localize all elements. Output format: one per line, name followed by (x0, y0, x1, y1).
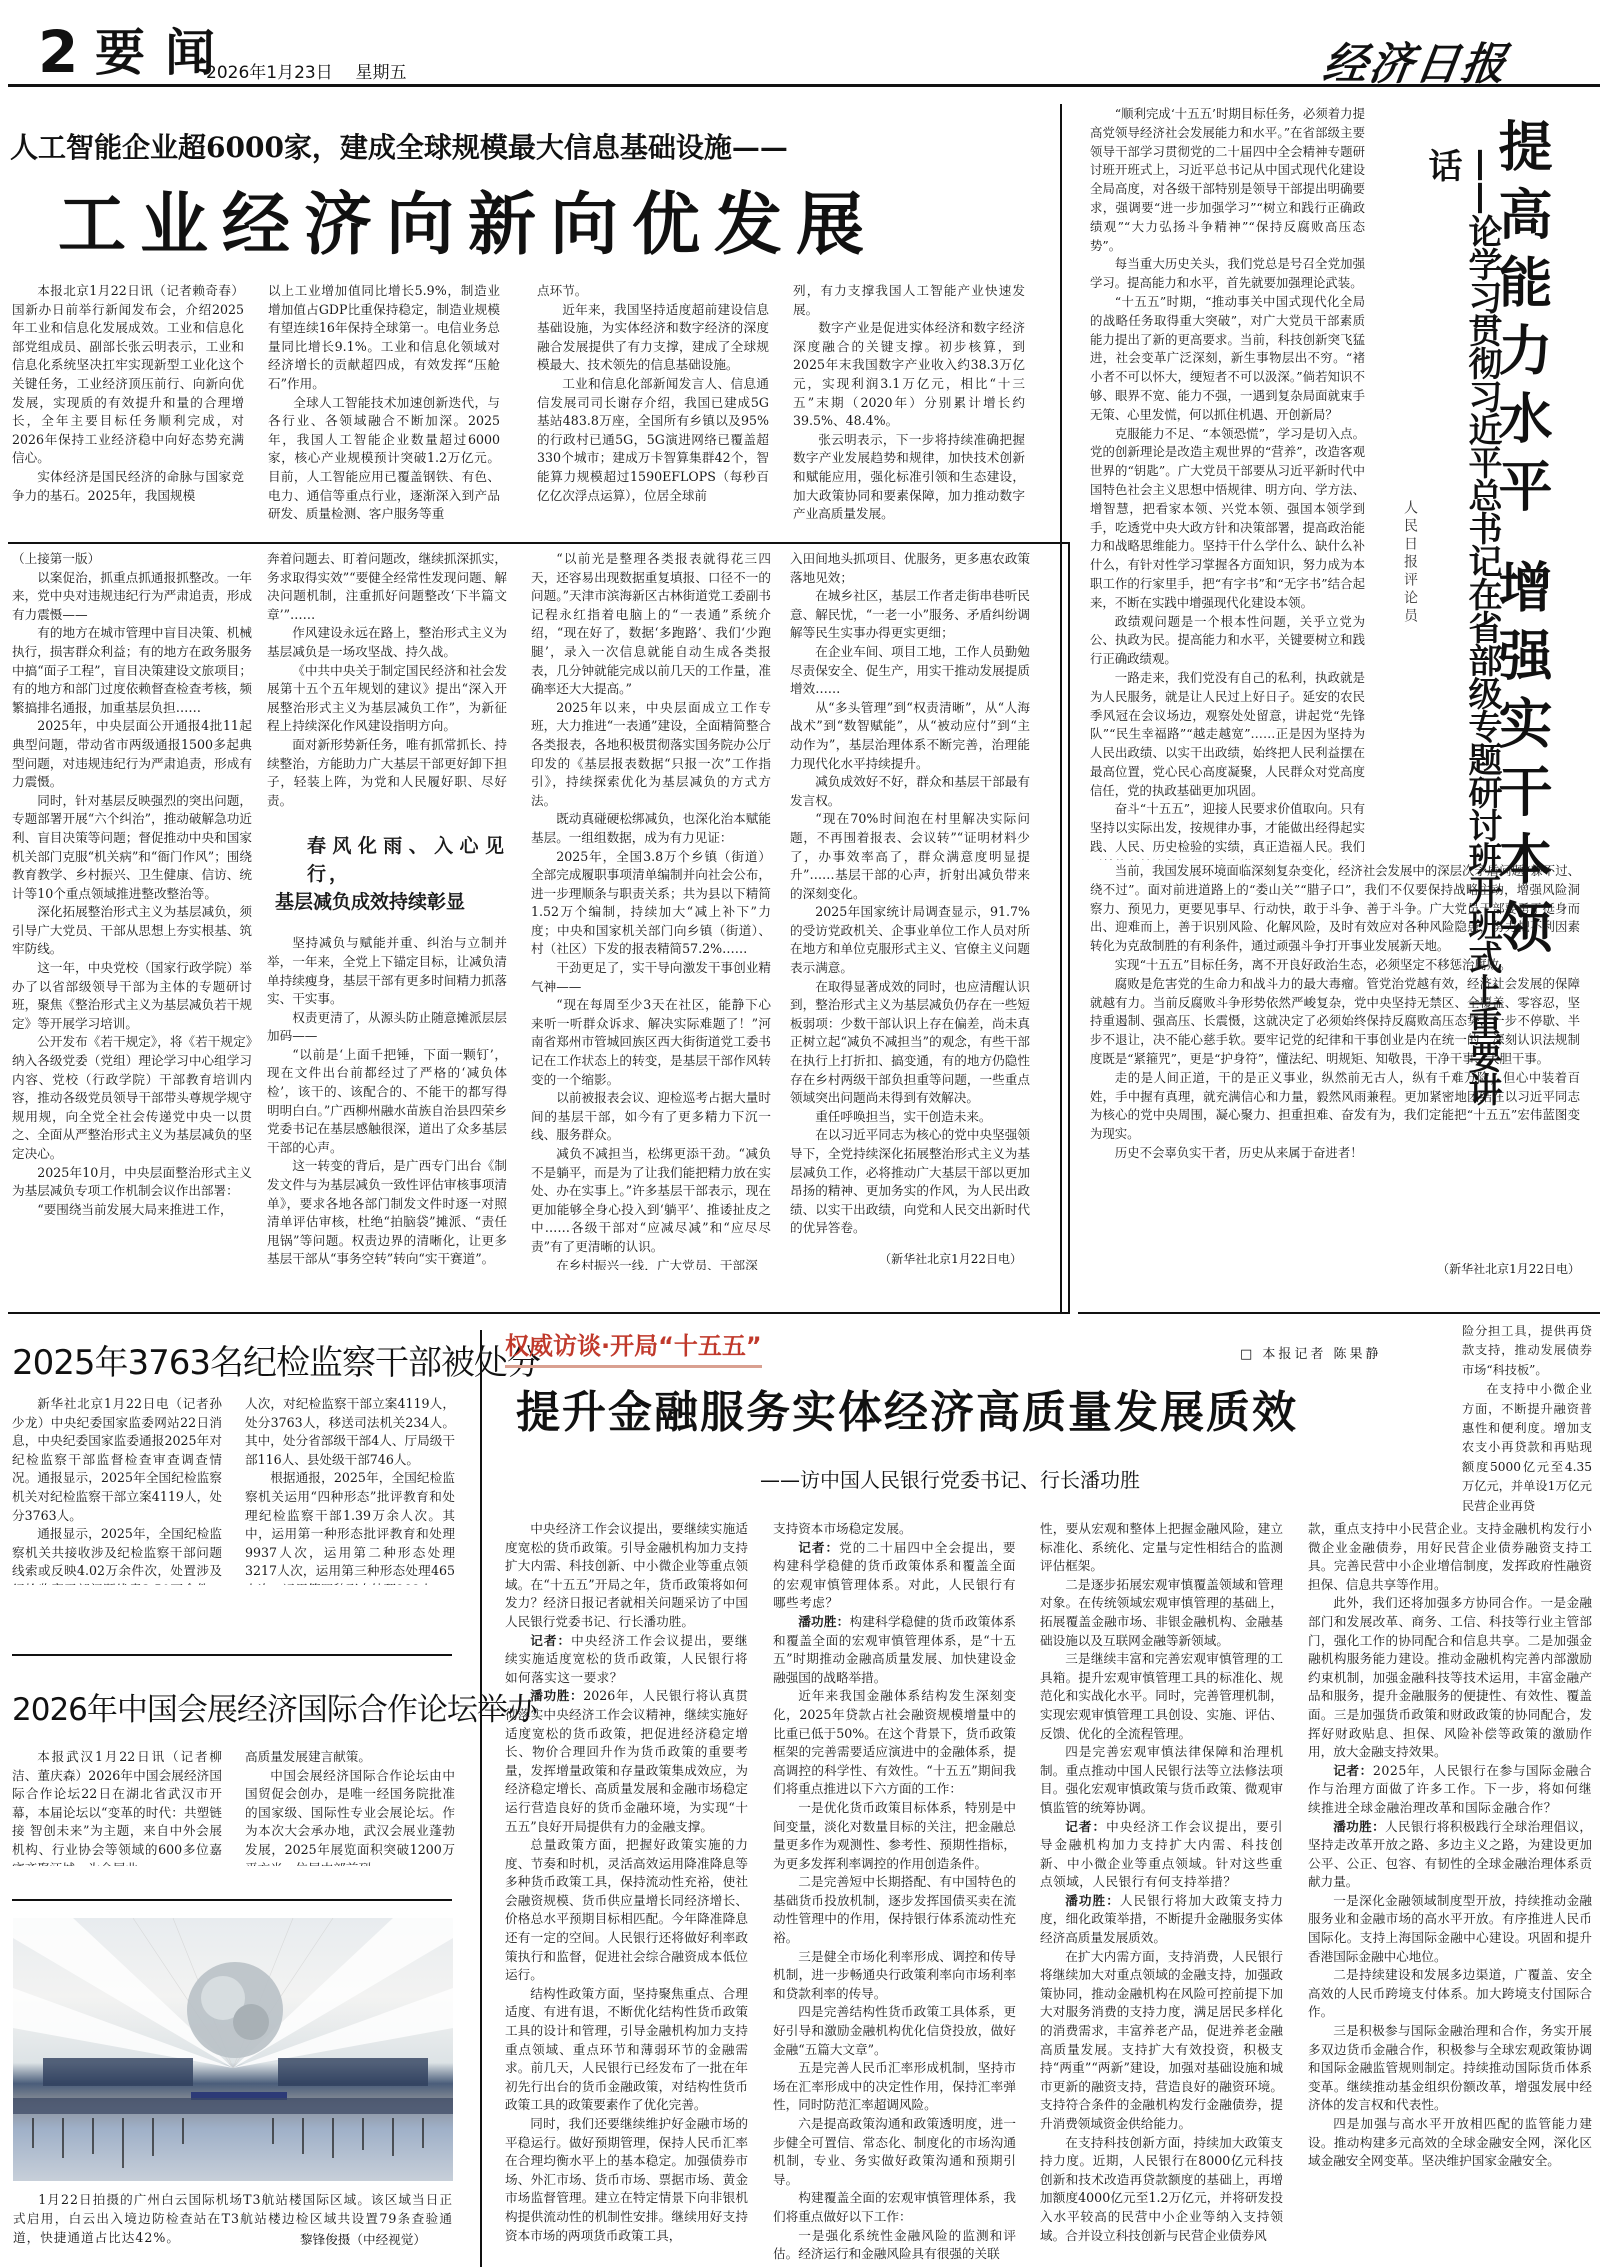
issue-date: 2026年1月23日 星期五 (206, 58, 407, 83)
jump-right-rule (1068, 544, 1070, 1314)
expo-col-1: 本报武汉1月22日讯（记者柳洁、董庆森）2026年中国会展经济国际合作论坛22日… (12, 1748, 222, 1866)
interview-col-3: 性，要从宏观和整体上把握金融风险，建立标准化、系统化、定量与定性相结合的监测评估… (1040, 1520, 1283, 2267)
discipline-col-1: 新华社北京1月22日电（记者孙少龙）中央纪委国家监委网站22日消息，中央纪委国家… (12, 1395, 222, 1585)
discipline-bottom-rule (12, 1654, 452, 1656)
lead-kicker: 人工智能企业超6000家，建成全球规模最大信息基础设施—— (10, 128, 788, 168)
page-number: 2 (38, 20, 78, 84)
interview-column-tag: 权威访谈·开局“十五五” (505, 1330, 762, 1368)
jump-col-1: （上接第一版） 以案促治，抓重点抓通报抓整改。一年来，党中央对违规违纪行为严肃追… (12, 550, 252, 1270)
airport-terminal-image-icon (13, 1918, 453, 2181)
lead-headline: 工业经济向新向优发展 (58, 183, 878, 269)
commentary-left-rule (1060, 104, 1062, 1314)
lead-col-1: 本报北京1月22日讯（记者赖奇春）国新办日前举行新闻发布会，介绍2025年工业和… (12, 282, 244, 540)
discipline-col-2: 人次，对纪检监察干部立案4119人，处分3763人，移送司法机关234人。其中，… (245, 1395, 455, 1585)
jump-col-2: 奔着问题去、盯着问题改，继续抓深抓实，务求取得实效”“要健全经常性发现问题、解决… (267, 550, 507, 1270)
commentary-credit: （新华社北京1月22日电） (1090, 1260, 1580, 1277)
jump-subheading: 春风化雨、入心见行， 基层减负成效持续彰显 (267, 832, 507, 916)
jump-col-3: “以前光是整理各类报表就得花三四天，还容易出现数据重复填报、口径不一的问题。”天… (531, 550, 771, 1270)
interview-headline: 提升金融服务实体经济高质量发展质效 (516, 1384, 1298, 1442)
commentary-bottom-rule (1078, 1312, 1600, 1314)
interview-col-2: 支持资本市场稳定发展。 记者：党的二十届四中全会提出，要构建科学稳健的货币政策体… (773, 1520, 1016, 2267)
commentary-lower-text: 当前，我国发展环境面临深刻复杂变化，经济社会发展中的深层次矛盾问题“躲不过、绕不… (1090, 862, 1580, 1252)
paper-logo: 经济日报 (1320, 28, 1513, 92)
interview-reporter: □ 本报记者 陈果静 (1240, 1343, 1382, 1362)
expo-bottom-rule (12, 1899, 452, 1901)
interview-col-4: 款，重点支持中小民营企业。支持金融机构发行小微企业金融债券，用好民营企业债券融资… (1308, 1520, 1592, 2267)
left-block-rule (480, 1330, 482, 2267)
airport-photo (13, 1918, 453, 2181)
lead-col-4: 列，有力支撑我国人工智能产业快速发展。 数字产业是促进实体经济和数字经济深度融合… (793, 282, 1025, 540)
lead-col-2: 以上工业增加值同比增长5.9%，制造业增加值占GDP比重保持稳定，制造业规模有望… (268, 282, 500, 540)
interview-subhead: ——访中国人民银行党委书记、行长潘功胜 (760, 1466, 1140, 1494)
commentary-upper-text: “顺利完成‘十五五’时期目标任务，必须着力提高党领导经济社会发展能力和水平。”在… (1090, 105, 1365, 860)
date-text: 2026年1月23日 (206, 63, 333, 83)
jump-col-4: 入田间地头抓项目、优服务，更多惠农政策落地见效； 在城乡社区，基层工作者走街串巷… (790, 550, 1030, 1250)
lead-col-3: 点环节。 近年来，我国坚持适度超前建设信息基础设施，为实体经济和数字经济的深度融… (537, 282, 769, 540)
masthead-rule (8, 84, 1600, 87)
expo-col-2: 高质量发展建言献策。 中国会展经济国际合作论坛由中国贸促会创办，是唯一经国务院批… (245, 1748, 455, 1866)
lead-bottom-rule (8, 542, 1070, 544)
interview-col-1: 中央经济工作会议提出，要继续实施适度宽松的货币政策。引导金融机构加力支持扩大内需… (505, 1520, 748, 2267)
expo-headline: 2026年中国会展经济国际合作论坛举办 (12, 1688, 537, 1732)
discipline-headline: 2025年3763名纪检监察干部被处分 (12, 1340, 540, 1386)
jump-bottom-rule (8, 1312, 1070, 1314)
jump-credit: （新华社北京1月22日电） (790, 1250, 1022, 1267)
weekday-text: 星期五 (356, 63, 407, 83)
commentary-byline: 人民日报评论员 (1400, 500, 1420, 626)
interview-narrow-col: 险分担工具，提供再贷款支持，推动发展债券市场“科技板”。 在支持中小微企业方面，… (1462, 1322, 1592, 1517)
photo-credit: 黎锋俊摄（中经视觉） (300, 2229, 426, 2248)
